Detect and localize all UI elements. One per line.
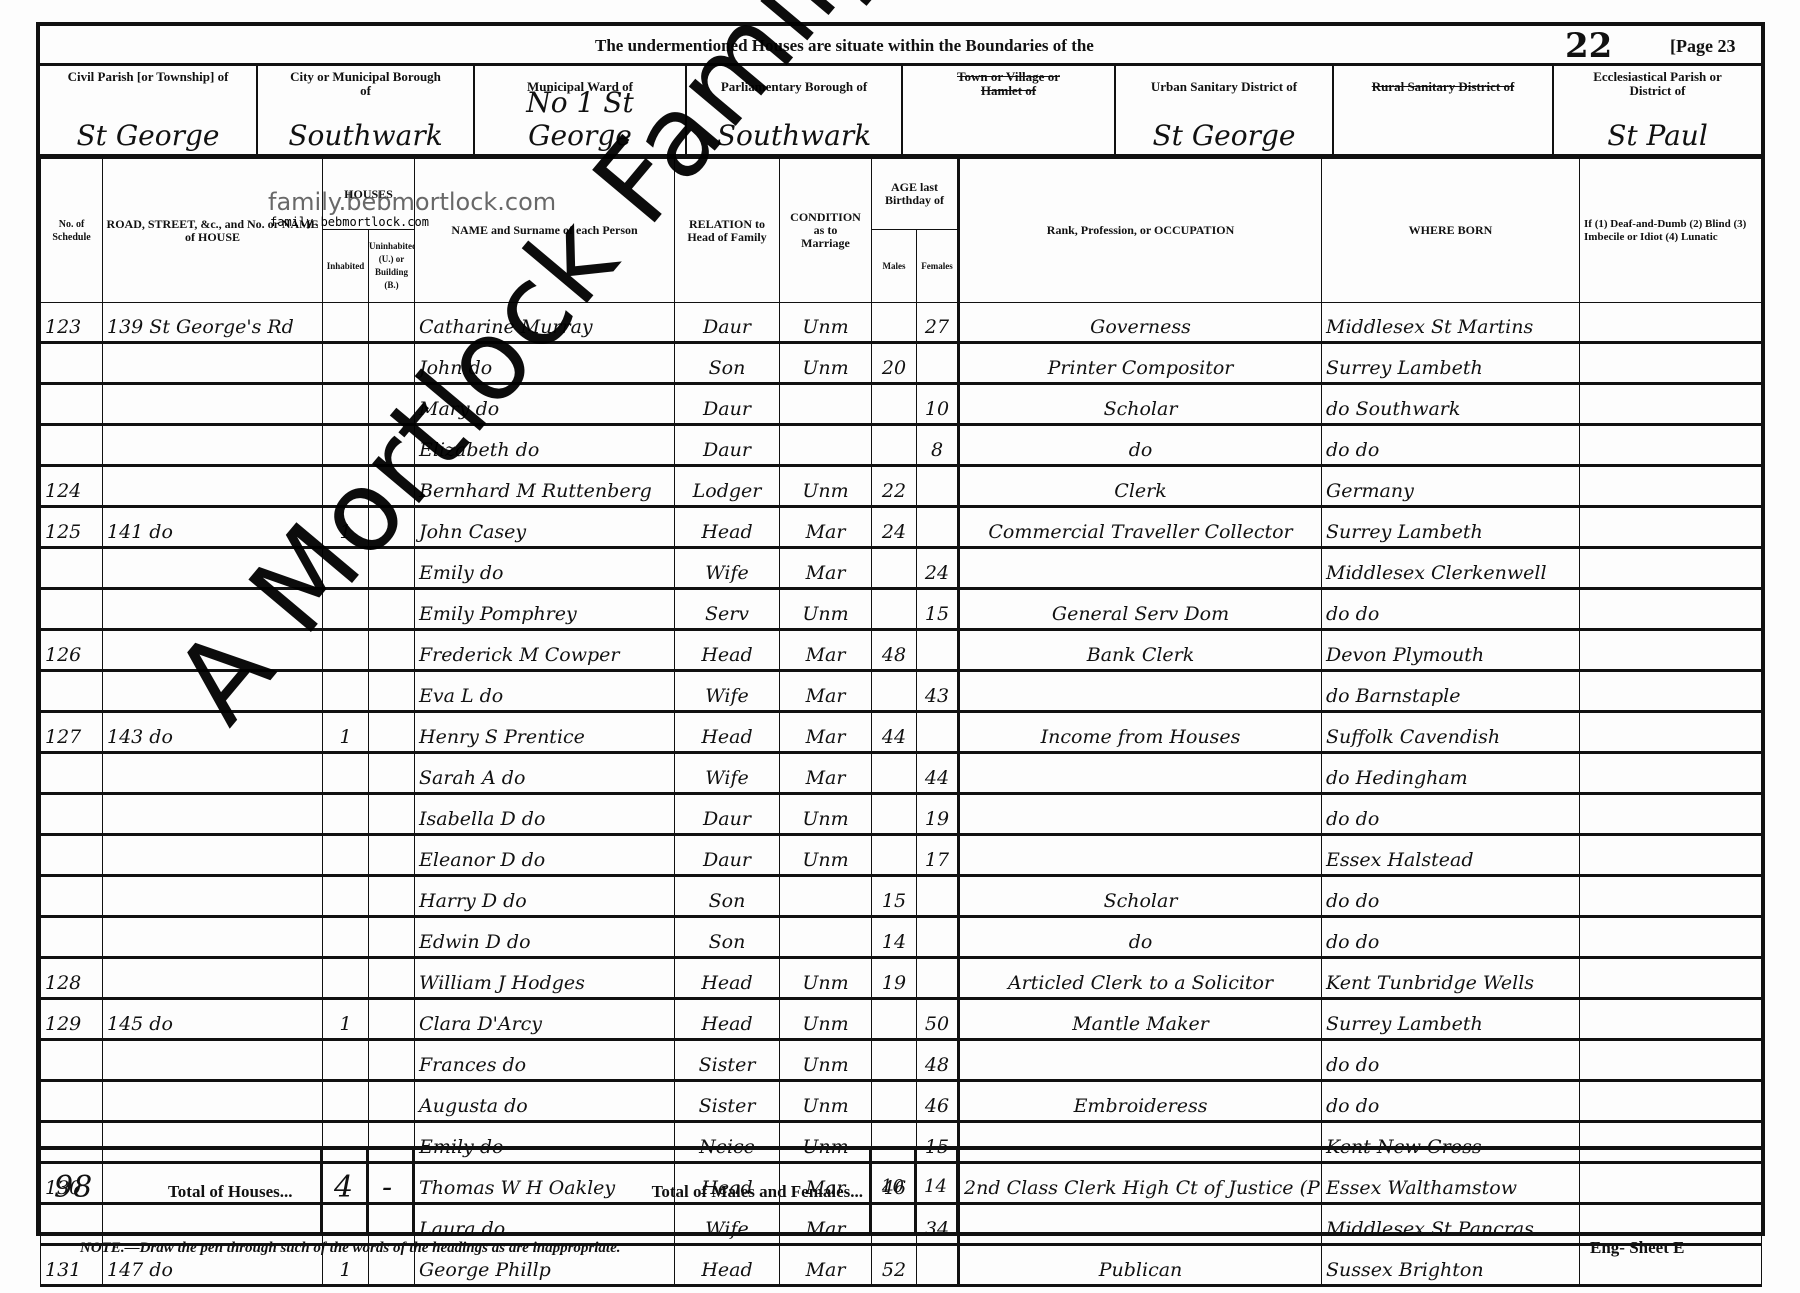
table-row: Elizabeth doDaur8dodo do — [41, 425, 1762, 466]
uninhabited-cell — [369, 712, 415, 753]
male-age-cell: 15 — [872, 876, 917, 917]
total-inhabited: 4 — [334, 1170, 353, 1205]
road-cell — [103, 794, 323, 835]
name-cell: William J Hodges — [415, 958, 675, 999]
condition-cell — [780, 917, 872, 958]
schedule-cell — [41, 425, 103, 466]
name-cell: Sarah A do — [415, 753, 675, 794]
col-females: Females — [917, 230, 959, 303]
condition-cell: Unm — [780, 794, 872, 835]
female-age-cell: 50 — [917, 999, 959, 1040]
female-age-cell: 17 — [917, 835, 959, 876]
inhabited-cell — [323, 548, 369, 589]
where-born-cell: do do — [1322, 589, 1580, 630]
condition-cell: Unm — [780, 343, 872, 384]
totals-row: 98 Total of Houses... 4 - Total of Males… — [40, 1146, 1761, 1232]
infirmity-cell — [1580, 1040, 1762, 1081]
condition-cell: Mar — [780, 548, 872, 589]
relation-cell: Head — [675, 507, 780, 548]
condition-cell: Unm — [780, 466, 872, 507]
inhabited-cell — [323, 671, 369, 712]
inhabited-cell — [323, 794, 369, 835]
name-cell: Frances do — [415, 1040, 675, 1081]
inhabited-cell — [323, 835, 369, 876]
female-age-cell — [917, 876, 959, 917]
relation-cell: Wife — [675, 753, 780, 794]
col-road: ROAD, STREET, &c., and No. or NAME of HO… — [103, 159, 323, 303]
name-cell: Mary do — [415, 384, 675, 425]
road-cell: 143 do — [103, 712, 323, 753]
uninhabited-cell — [369, 917, 415, 958]
road-cell — [103, 548, 323, 589]
relation-cell: Serv — [675, 589, 780, 630]
uninhabited-cell — [369, 466, 415, 507]
female-age-cell — [917, 917, 959, 958]
male-age-cell — [872, 1081, 917, 1122]
infirmity-cell — [1580, 1081, 1762, 1122]
schedule-cell — [41, 1040, 103, 1081]
inhabited-cell — [323, 1040, 369, 1081]
district-value: Southwark — [258, 119, 473, 152]
occupation-cell: Scholar — [959, 876, 1322, 917]
uninhabited-cell — [369, 671, 415, 712]
male-age-cell — [872, 589, 917, 630]
col-schedule: No. of Schedule — [41, 159, 103, 303]
infirmity-cell — [1580, 958, 1762, 999]
inhabited-cell — [323, 466, 369, 507]
name-cell: Isabella D do — [415, 794, 675, 835]
female-age-cell — [917, 630, 959, 671]
infirmity-cell — [1580, 343, 1762, 384]
male-age-cell: 52 — [872, 1245, 917, 1286]
column-header-row: No. of Schedule ROAD, STREET, &c., and N… — [41, 159, 1762, 230]
where-born-cell: do do — [1322, 425, 1580, 466]
total-persons-label-cell: Total of Males and Females... — [414, 1150, 871, 1232]
inhabited-cell — [323, 917, 369, 958]
road-cell — [103, 1040, 323, 1081]
schedule-cell — [41, 671, 103, 712]
female-age-cell — [917, 343, 959, 384]
condition-cell: Mar — [780, 1245, 872, 1286]
occupation-cell: do — [959, 425, 1322, 466]
infirmity-cell — [1580, 425, 1762, 466]
schedule-cell: 128 — [41, 958, 103, 999]
table-row: Emily doWifeMar24Middlesex Clerkenwell — [41, 548, 1762, 589]
occupation-cell: Governess — [959, 303, 1322, 343]
uninhabited-cell — [369, 1040, 415, 1081]
parliamentary-borough-cell: Parliamentary Borough of Southwark — [687, 66, 903, 154]
infirmity-cell — [1580, 671, 1762, 712]
male-age-cell — [872, 425, 917, 466]
schedule-cell — [41, 343, 103, 384]
total-houses-label: Total of Houses... — [168, 1182, 293, 1202]
col-occupation: Rank, Profession, or OCCUPATION — [959, 159, 1322, 303]
male-age-cell — [872, 384, 917, 425]
title-row: The undermentioned Houses are situate wi… — [40, 26, 1761, 66]
occupation-cell: Articled Clerk to a Solicitor — [959, 958, 1322, 999]
male-age-cell — [872, 671, 917, 712]
road-cell — [103, 917, 323, 958]
totals-houses-cell: 98 Total of Houses... — [40, 1150, 322, 1232]
where-born-cell: do Barnstaple — [1322, 671, 1580, 712]
inhabited-cell — [323, 630, 369, 671]
relation-cell: Daur — [675, 835, 780, 876]
name-cell: Augusta do — [415, 1081, 675, 1122]
female-age-cell: 19 — [917, 794, 959, 835]
female-age-cell — [917, 466, 959, 507]
schedule-cell — [41, 384, 103, 425]
condition-cell — [780, 876, 872, 917]
where-born-cell: Middlesex St Martins — [1322, 303, 1580, 343]
uninhabited-cell — [369, 425, 415, 466]
occupation-cell: General Serv Dom — [959, 589, 1322, 630]
table-row: Mary doDaur10Scholardo Southwark — [41, 384, 1762, 425]
infirmity-cell — [1580, 876, 1762, 917]
infirmity-cell — [1580, 835, 1762, 876]
where-born-cell: Surrey Lambeth — [1322, 999, 1580, 1040]
condition-cell: Mar — [780, 630, 872, 671]
schedule-cell — [41, 917, 103, 958]
col-houses: HOUSES — [323, 159, 415, 230]
table-row: 124Bernhard M RuttenbergLodgerUnm22Clerk… — [41, 466, 1762, 507]
relation-cell: Wife — [675, 671, 780, 712]
col-condition: CONDITION as to Marriage — [780, 159, 872, 303]
male-age-cell: 48 — [872, 630, 917, 671]
uninhabited-cell — [369, 507, 415, 548]
infirmity-cell — [1580, 712, 1762, 753]
census-rows: 123139 St George's RdCatharine MurrayDau… — [41, 303, 1762, 1286]
female-age-cell: 44 — [917, 753, 959, 794]
footer-note: NOTE.—Draw the pen through such of the w… — [80, 1240, 621, 1257]
total-inhabited-cell: 4 — [322, 1150, 368, 1232]
occupation-cell — [959, 753, 1322, 794]
where-born-cell: Essex Halstead — [1322, 835, 1580, 876]
inhabited-cell — [323, 876, 369, 917]
name-cell: Edwin D do — [415, 917, 675, 958]
table-row: Augusta doSisterUnm46Embroideressdo do — [41, 1081, 1762, 1122]
inhabited-cell — [323, 343, 369, 384]
where-born-cell: do Hedingham — [1322, 753, 1580, 794]
ecclesiastical-parish-cell: Ecclesiastical Parish or District of St … — [1554, 66, 1761, 154]
col-age: AGE last Birthday of — [872, 159, 959, 230]
infirmity-cell — [1580, 753, 1762, 794]
male-age-cell — [872, 548, 917, 589]
relation-cell: Daur — [675, 303, 780, 343]
road-cell — [103, 466, 323, 507]
condition-cell: Unm — [780, 1081, 872, 1122]
male-age-cell: 14 — [872, 917, 917, 958]
schedule-cell — [41, 794, 103, 835]
uninhabited-cell — [369, 548, 415, 589]
schedule-cell: 129 — [41, 999, 103, 1040]
total-males-cell: 10 — [871, 1150, 916, 1232]
road-cell — [103, 1081, 323, 1122]
name-cell: Elizabeth do — [415, 425, 675, 466]
total-males: 10 — [881, 1176, 904, 1197]
occupation-cell — [959, 548, 1322, 589]
district-label: Urban Sanitary District of — [1116, 80, 1332, 94]
male-age-cell: 44 — [872, 712, 917, 753]
uninhabited-cell — [369, 343, 415, 384]
uninhabited-cell — [369, 753, 415, 794]
schedule-cell — [41, 753, 103, 794]
col-inhabited: Inhabited — [323, 230, 369, 303]
name-cell: Emily do — [415, 548, 675, 589]
table-row: John doSonUnm20Printer CompositorSurrey … — [41, 343, 1762, 384]
district-label: Rural Sanitary District of — [1334, 80, 1552, 94]
relation-cell: Sister — [675, 1081, 780, 1122]
table-row: Edwin D doSon14dodo do — [41, 917, 1762, 958]
male-age-cell — [872, 794, 917, 835]
road-cell — [103, 384, 323, 425]
table-row: 129145 do1Clara D'ArcyHeadUnm50Mantle Ma… — [41, 999, 1762, 1040]
name-cell: Harry D do — [415, 876, 675, 917]
road-cell: 145 do — [103, 999, 323, 1040]
table-row: 125141 do1John CaseyHeadMar24Commercial … — [41, 507, 1762, 548]
sheet-reference: Eng- Sheet E — [1590, 1238, 1684, 1258]
col-uninhabited: Uninhabited (U.) or Building (B.) — [369, 230, 415, 303]
male-age-cell: 19 — [872, 958, 917, 999]
schedule-cell — [41, 876, 103, 917]
schedule-cell — [41, 548, 103, 589]
road-cell — [103, 343, 323, 384]
total-persons-label: Total of Males and Females... — [652, 1182, 863, 1202]
road-cell — [103, 630, 323, 671]
occupation-cell — [959, 835, 1322, 876]
condition-cell: Unm — [780, 589, 872, 630]
table-row: Harry D doSon15Scholardo do — [41, 876, 1762, 917]
condition-cell: Unm — [780, 1040, 872, 1081]
district-value: St George — [1116, 119, 1332, 152]
road-cell — [103, 589, 323, 630]
female-age-cell — [917, 507, 959, 548]
male-age-cell — [872, 835, 917, 876]
where-born-cell: Surrey Lambeth — [1322, 343, 1580, 384]
relation-cell: Sister — [675, 1040, 780, 1081]
male-age-cell: 24 — [872, 507, 917, 548]
where-born-cell: do do — [1322, 1081, 1580, 1122]
district-label: Parliamentary Borough of — [687, 80, 901, 94]
where-born-cell: Surrey Lambeth — [1322, 507, 1580, 548]
district-label: Civil Parish [or Township] of — [40, 70, 256, 84]
occupation-cell — [959, 1040, 1322, 1081]
relation-cell: Son — [675, 876, 780, 917]
infirmity-cell — [1580, 999, 1762, 1040]
road-cell — [103, 835, 323, 876]
inhabited-cell: 1 — [323, 999, 369, 1040]
total-uninhabited-cell: - — [368, 1150, 414, 1232]
where-born-cell: do Southwark — [1322, 384, 1580, 425]
road-cell — [103, 671, 323, 712]
col-name: NAME and Surname of each Person — [415, 159, 675, 303]
inhabited-cell: 1 — [323, 712, 369, 753]
road-cell — [103, 958, 323, 999]
occupation-cell: Scholar — [959, 384, 1322, 425]
occupation-cell: Mantle Maker — [959, 999, 1322, 1040]
condition-cell — [780, 384, 872, 425]
district-value: St George — [40, 119, 256, 152]
where-born-cell: Germany — [1322, 466, 1580, 507]
where-born-cell: do do — [1322, 917, 1580, 958]
female-age-cell: 27 — [917, 303, 959, 343]
where-born-cell: Middlesex Clerkenwell — [1322, 548, 1580, 589]
infirmity-cell — [1580, 548, 1762, 589]
uninhabited-cell — [369, 876, 415, 917]
inhabited-cell: 1 — [323, 507, 369, 548]
occupation-cell: Publican — [959, 1245, 1322, 1286]
road-cell — [103, 425, 323, 466]
folio-number: 22 — [1565, 26, 1612, 66]
relation-cell: Lodger — [675, 466, 780, 507]
relation-cell: Head — [675, 630, 780, 671]
name-cell: John Casey — [415, 507, 675, 548]
occupation-cell: Bank Clerk — [959, 630, 1322, 671]
total-females: 14 — [924, 1176, 947, 1197]
infirmity-cell — [1580, 507, 1762, 548]
uninhabited-cell — [369, 835, 415, 876]
where-born-cell: do do — [1322, 876, 1580, 917]
name-cell: Clara D'Arcy — [415, 999, 675, 1040]
male-age-cell — [872, 999, 917, 1040]
district-value: Southwark — [687, 119, 901, 152]
district-label: City or Municipal Borough of — [258, 70, 473, 98]
name-cell: Bernhard M Ruttenberg — [415, 466, 675, 507]
municipal-ward-cell: Municipal Ward of No 1 St George — [475, 66, 687, 154]
female-age-cell — [917, 712, 959, 753]
relation-cell: Head — [675, 999, 780, 1040]
relation-cell: Head — [675, 958, 780, 999]
relation-cell: Daur — [675, 425, 780, 466]
schedule-cell: 125 — [41, 507, 103, 548]
relation-cell: Son — [675, 343, 780, 384]
municipal-borough-cell: City or Municipal Borough of Southwark — [258, 66, 475, 154]
inhabited-cell — [323, 425, 369, 466]
district-row: Civil Parish [or Township] of St George … — [40, 66, 1761, 158]
road-cell: 141 do — [103, 507, 323, 548]
table-row: 128William J HodgesHeadUnm19Articled Cle… — [41, 958, 1762, 999]
condition-cell: Unm — [780, 835, 872, 876]
schedule-cell: 127 — [41, 712, 103, 753]
table-row: 123139 St George's RdCatharine MurrayDau… — [41, 303, 1762, 343]
uninhabited-cell — [369, 958, 415, 999]
male-age-cell — [872, 753, 917, 794]
tally-mark: 98 — [54, 1170, 92, 1205]
infirmity-cell — [1580, 794, 1762, 835]
relation-cell: Daur — [675, 794, 780, 835]
condition-cell: Unm — [780, 958, 872, 999]
table-row: 126Frederick M CowperHeadMar48Bank Clerk… — [41, 630, 1762, 671]
female-age-cell: 10 — [917, 384, 959, 425]
female-age-cell: 24 — [917, 548, 959, 589]
inhabited-cell — [323, 384, 369, 425]
table-row: Eleanor D doDaurUnm17Essex Halstead — [41, 835, 1762, 876]
schedule-cell — [41, 1081, 103, 1122]
occupation-cell: Embroideress — [959, 1081, 1322, 1122]
where-born-cell: Suffolk Cavendish — [1322, 712, 1580, 753]
relation-cell: Head — [675, 712, 780, 753]
col-relation: RELATION to Head of Family — [675, 159, 780, 303]
census-table: No. of Schedule ROAD, STREET, &c., and N… — [40, 158, 1762, 1287]
relation-cell: Son — [675, 917, 780, 958]
name-cell: Catharine Murray — [415, 303, 675, 343]
occupation-cell: do — [959, 917, 1322, 958]
infirmity-cell — [1580, 589, 1762, 630]
table-row: Isabella D doDaurUnm19do do — [41, 794, 1762, 835]
infirmity-cell — [1580, 384, 1762, 425]
total-females-cell: 14 — [916, 1150, 958, 1232]
table-row: Sarah A doWifeMar44do Hedingham — [41, 753, 1762, 794]
name-cell: Frederick M Cowper — [415, 630, 675, 671]
relation-cell: Daur — [675, 384, 780, 425]
schedule-cell — [41, 835, 103, 876]
district-value: St Paul — [1554, 119, 1761, 152]
name-cell: Eva L do — [415, 671, 675, 712]
rural-sanitary-cell: Rural Sanitary District of — [1334, 66, 1554, 154]
female-age-cell: 15 — [917, 589, 959, 630]
condition-cell: Mar — [780, 712, 872, 753]
female-age-cell — [917, 958, 959, 999]
table-row: Eva L doWifeMar43do Barnstaple — [41, 671, 1762, 712]
infirmity-cell — [1580, 917, 1762, 958]
uninhabited-cell — [369, 1081, 415, 1122]
census-sheet: The undermentioned Houses are situate wi… — [36, 22, 1765, 1236]
col-males: Males — [872, 230, 917, 303]
female-age-cell: 46 — [917, 1081, 959, 1122]
infirmity-cell — [1580, 466, 1762, 507]
district-label: Ecclesiastical Parish or District of — [1554, 70, 1761, 98]
inhabited-cell — [323, 958, 369, 999]
relation-cell: Head — [675, 1245, 780, 1286]
table-row: 127143 do1Henry S PrenticeHeadMar44Incom… — [41, 712, 1762, 753]
uninhabited-cell — [369, 794, 415, 835]
road-cell: 139 St George's Rd — [103, 303, 323, 343]
male-age-cell — [872, 1040, 917, 1081]
urban-sanitary-cell: Urban Sanitary District of St George — [1116, 66, 1334, 154]
inhabited-cell — [323, 753, 369, 794]
table-row: Frances doSisterUnm48do do — [41, 1040, 1762, 1081]
female-age-cell: 43 — [917, 671, 959, 712]
page-title: The undermentioned Houses are situate wi… — [595, 36, 1094, 56]
condition-cell — [780, 425, 872, 466]
total-uninhabited: - — [382, 1170, 392, 1205]
page-reference: [Page 23 — [1670, 36, 1735, 57]
district-label: Town or Village or Hamlet of — [903, 70, 1114, 98]
where-born-cell: Sussex Brighton — [1322, 1245, 1580, 1286]
inhabited-cell — [323, 303, 369, 343]
occupation-cell — [959, 794, 1322, 835]
name-cell: Henry S Prentice — [415, 712, 675, 753]
town-village-cell: Town or Village or Hamlet of — [903, 66, 1116, 154]
inhabited-cell — [323, 1081, 369, 1122]
male-age-cell — [872, 303, 917, 343]
schedule-cell: 126 — [41, 630, 103, 671]
where-born-cell: Devon Plymouth — [1322, 630, 1580, 671]
road-cell — [103, 876, 323, 917]
schedule-cell — [41, 589, 103, 630]
uninhabited-cell — [369, 303, 415, 343]
occupation-cell: Clerk — [959, 466, 1322, 507]
male-age-cell: 22 — [872, 466, 917, 507]
schedule-cell: 124 — [41, 466, 103, 507]
table-row: Emily PomphreyServUnm15General Serv Domd… — [41, 589, 1762, 630]
uninhabited-cell — [369, 999, 415, 1040]
civil-parish-cell: Civil Parish [or Township] of St George — [40, 66, 258, 154]
relation-cell: Wife — [675, 548, 780, 589]
road-cell — [103, 753, 323, 794]
district-value: No 1 St George — [475, 86, 685, 152]
infirmity-cell — [1580, 630, 1762, 671]
inhabited-cell — [323, 589, 369, 630]
